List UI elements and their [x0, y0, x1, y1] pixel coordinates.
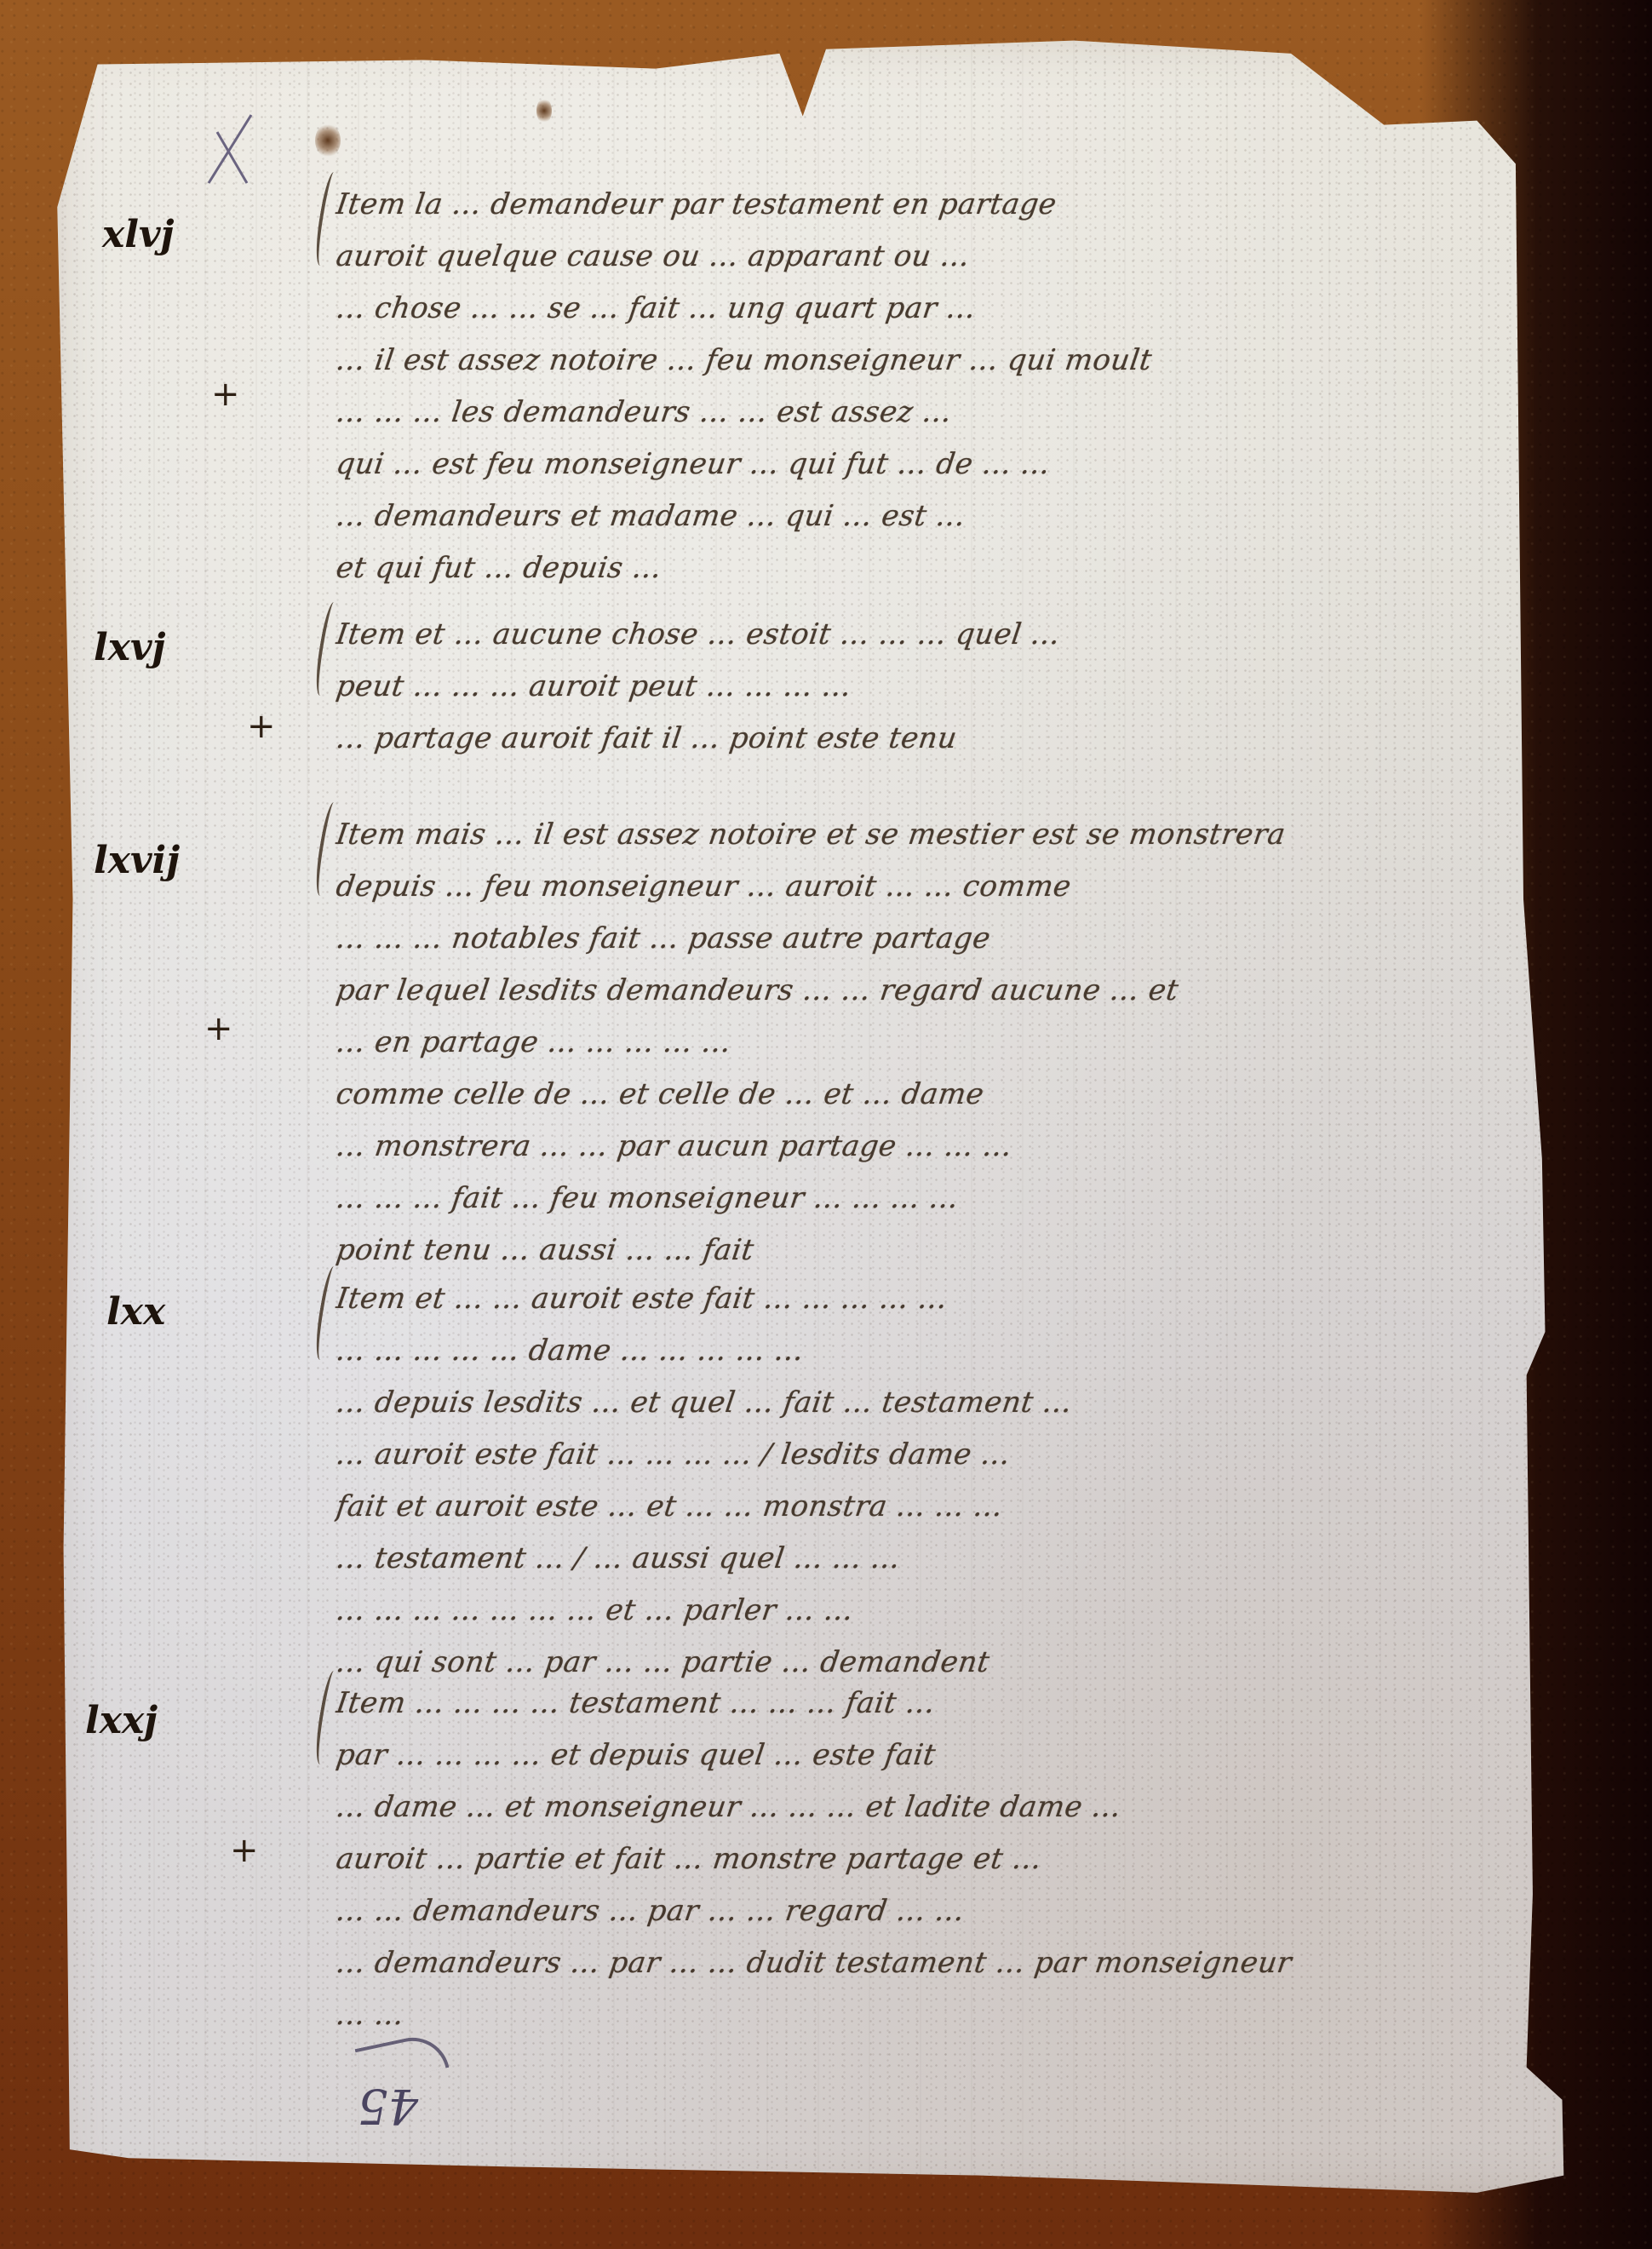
- entry-line: ... ...: [333, 1989, 1567, 2041]
- entry-line: point tenu ... aussi ... ... fait: [333, 1225, 1567, 1277]
- entry-line: Item et ... ... auroit este fait ... ...…: [333, 1273, 1567, 1325]
- entry-2: Item et ... aucune chose ... estoit ... …: [336, 609, 1563, 765]
- entry-line: par lequel lesdits demandeurs ... ... re…: [333, 965, 1567, 1017]
- margin-cross-icon: +: [211, 375, 240, 414]
- entry-line: ... ... ... fait ... feu monseigneur ...…: [333, 1173, 1567, 1225]
- margin-numeral: xlvj: [102, 213, 174, 256]
- entry-line: ... ... ... notables fait ... passe autr…: [333, 913, 1567, 965]
- entry-line: ... monstrera ... ... par aucun partage …: [333, 1121, 1567, 1173]
- entry-line: auroit quelque cause ou ... apparant ou …: [333, 231, 1567, 283]
- entry-line: ... demandeurs et madame ... qui ... est…: [333, 491, 1567, 542]
- entry-line: et qui fut ... depuis ...: [333, 542, 1567, 594]
- entry-line: ... testament ... / ... aussi quel ... .…: [333, 1533, 1567, 1585]
- entry-line: Item et ... aucune chose ... estoit ... …: [333, 609, 1567, 661]
- entry-line: Item la ... demandeur par testament en p…: [333, 179, 1567, 231]
- margin-cross-icon: +: [204, 1009, 233, 1048]
- margin-cross-icon: +: [230, 1831, 259, 1870]
- entry-line: ... ... ... les demandeurs ... ... est a…: [333, 387, 1567, 439]
- entry-line: par ... ... ... ... et depuis quel ... e…: [333, 1730, 1567, 1781]
- entry-line: Item ... ... ... ... testament ... ... .…: [333, 1678, 1567, 1730]
- entry-line: depuis ... feu monseigneur ... auroit ..…: [333, 861, 1567, 913]
- entry-1: Item la ... demandeur par testament en p…: [336, 179, 1563, 594]
- entry-5: Item ... ... ... ... testament ... ... .…: [336, 1678, 1563, 2041]
- entry-line: comme celle de ... et celle de ... et ..…: [333, 1069, 1567, 1121]
- entry-line: ... il est assez notoire ... feu monseig…: [333, 335, 1567, 387]
- entry-line: ... ... ... ... ... dame ... ... ... ...…: [333, 1325, 1567, 1377]
- entry-line: ... auroit este fait ... ... ... ... / l…: [333, 1429, 1567, 1481]
- entry-3: Item mais ... il est assez notoire et se…: [336, 809, 1563, 1277]
- entry-line: ... demandeurs ... par ... ... dudit tes…: [333, 1937, 1567, 1989]
- folio-number: 45: [358, 2078, 418, 2133]
- entry-line: ... dame ... et monseigneur ... ... ... …: [333, 1781, 1567, 1833]
- ink-stain: [536, 98, 552, 123]
- margin-cross-icon: +: [247, 707, 276, 746]
- pencil-x-mark: [200, 111, 268, 187]
- margin-numeral: lxxj: [85, 1699, 158, 1742]
- margin-numeral: lxx: [106, 1290, 165, 1334]
- entry-line: ... en partage ... ... ... ... ...: [333, 1017, 1567, 1069]
- entry-4: Item et ... ... auroit este fait ... ...…: [336, 1273, 1563, 1689]
- entry-line: Item mais ... il est assez notoire et se…: [333, 809, 1567, 861]
- entry-line: ... ... ... ... ... ... ... et ... parle…: [333, 1585, 1567, 1637]
- ink-stain: [315, 123, 341, 158]
- entry-line: ... depuis lesdits ... et quel ... fait …: [333, 1377, 1567, 1429]
- margin-numeral: lxvj: [94, 626, 165, 669]
- entry-line: peut ... ... ... auroit peut ... ... ...…: [333, 661, 1567, 713]
- entry-line: qui ... est feu monseigneur ... qui fut …: [333, 439, 1567, 491]
- entry-line: fait et auroit este ... et ... ... monst…: [333, 1481, 1567, 1533]
- margin-numeral: lxvij: [94, 839, 180, 882]
- entry-line: ... ... demandeurs ... par ... ... regar…: [333, 1885, 1567, 1937]
- entry-line: ... partage auroit fait il ... point est…: [333, 713, 1567, 765]
- entry-line: ... chose ... ... se ... fait ... ung qu…: [333, 283, 1567, 335]
- entry-line: auroit ... partie et fait ... monstre pa…: [333, 1833, 1567, 1885]
